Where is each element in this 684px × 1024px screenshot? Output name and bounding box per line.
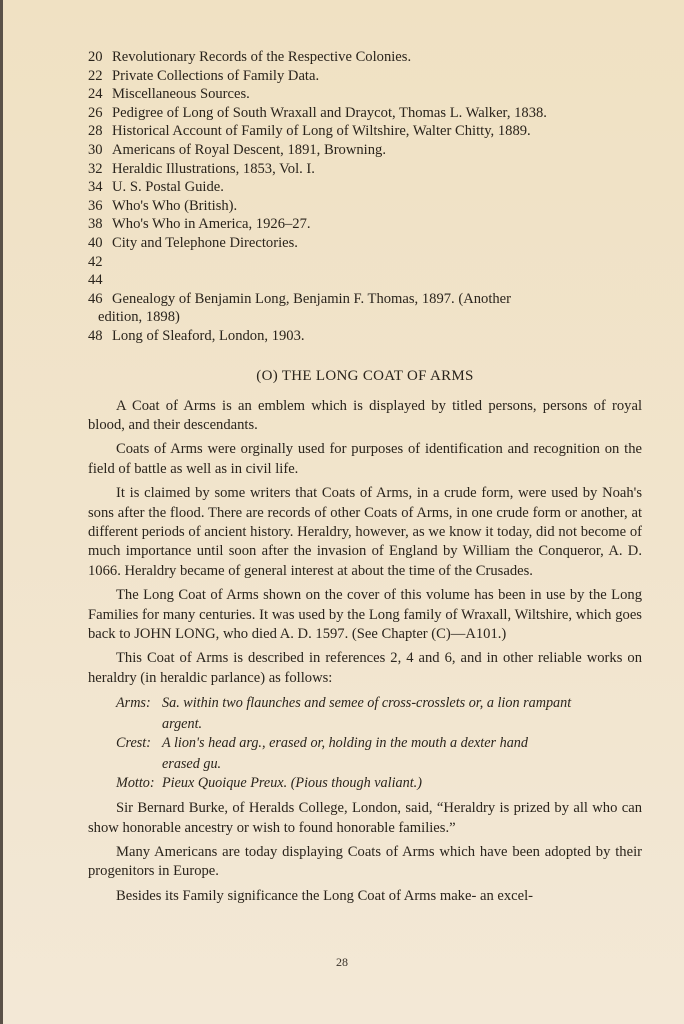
- reference-text: Genealogy of Benjamin Long, Benjamin F. …: [112, 290, 642, 309]
- blazon-text: A lion's head arg., erased or, holding i…: [162, 734, 642, 753]
- paragraph: This Coat of Arms is described in refere…: [88, 649, 642, 688]
- blazon-label: Crest:: [116, 734, 162, 753]
- reference-text: Americans of Royal Descent, 1891, Browni…: [112, 141, 642, 160]
- reference-text: Who's Who in America, 1926–27.: [112, 215, 642, 234]
- blazon-text: Pieux Quoique Preux. (Pious though valia…: [162, 774, 642, 793]
- reference-item: 30 Americans of Royal Descent, 1891, Bro…: [88, 141, 642, 160]
- reference-number: 22: [88, 67, 112, 86]
- paragraph: Sir Bernard Burke, of Heralds College, L…: [88, 799, 642, 838]
- reference-item: 42: [88, 253, 642, 272]
- paragraph: It is claimed by some writers that Coats…: [88, 484, 642, 581]
- paragraph: The Long Coat of Arms shown on the cover…: [88, 586, 642, 644]
- reference-number: 32: [88, 160, 112, 179]
- reference-number: 36: [88, 197, 112, 216]
- reference-item: 44: [88, 271, 642, 290]
- reference-number: 28: [88, 122, 112, 141]
- paragraph: Coats of Arms were orginally used for pu…: [88, 440, 642, 479]
- blazon-crest: Crest: A lion's head arg., erased or, ho…: [116, 734, 642, 753]
- blazon-block: Arms: Sa. within two flaunches and semee…: [116, 694, 642, 793]
- reference-item: 24 Miscellaneous Sources.: [88, 85, 642, 104]
- paragraph: Besides its Family significance the Long…: [88, 887, 642, 906]
- page-content: 20 Revolutionary Records of the Respecti…: [88, 48, 642, 911]
- reference-item: 38 Who's Who in America, 1926–27.: [88, 215, 642, 234]
- reference-item: 22 Private Collections of Family Data.: [88, 67, 642, 86]
- reference-text: Revolutionary Records of the Respective …: [112, 48, 642, 67]
- reference-text: Private Collections of Family Data.: [112, 67, 642, 86]
- blazon-label: Motto:: [116, 774, 162, 793]
- reference-text: Long of Sleaford, London, 1903.: [112, 327, 642, 346]
- page-edge: [0, 0, 3, 1024]
- reference-item: 46 Genealogy of Benjamin Long, Benjamin …: [88, 290, 642, 309]
- reference-text: Miscellaneous Sources.: [112, 85, 642, 104]
- paragraph: A Coat of Arms is an emblem which is dis…: [88, 397, 642, 436]
- reference-text: City and Telephone Directories.: [112, 234, 642, 253]
- reference-item: 28 Historical Account of Family of Long …: [88, 122, 642, 141]
- reference-continuation: edition, 1898): [88, 308, 642, 327]
- reference-text: [112, 253, 642, 272]
- paragraph: Many Americans are today displaying Coat…: [88, 843, 642, 882]
- reference-list: 20 Revolutionary Records of the Respecti…: [88, 48, 642, 346]
- reference-number: 24: [88, 85, 112, 104]
- reference-number: 20: [88, 48, 112, 67]
- reference-number: 46: [88, 290, 112, 309]
- reference-number: 26: [88, 104, 112, 123]
- page-number: 28: [0, 955, 684, 970]
- reference-number: 34: [88, 178, 112, 197]
- reference-text: Pedigree of Long of South Wraxall and Dr…: [112, 104, 642, 123]
- reference-number: 38: [88, 215, 112, 234]
- reference-item: 40 City and Telephone Directories.: [88, 234, 642, 253]
- section-heading: (O) THE LONG COAT OF ARMS: [88, 368, 642, 385]
- reference-item: 32 Heraldic Illustrations, 1853, Vol. I.: [88, 160, 642, 179]
- reference-text: Who's Who (British).: [112, 197, 642, 216]
- blazon-continuation: erased gu.: [116, 755, 642, 774]
- reference-number: 42: [88, 253, 112, 272]
- reference-item: 26 Pedigree of Long of South Wraxall and…: [88, 104, 642, 123]
- reference-text: Historical Account of Family of Long of …: [112, 122, 642, 141]
- blazon-motto: Motto: Pieux Quoique Preux. (Pious thoug…: [116, 774, 642, 793]
- reference-text: U. S. Postal Guide.: [112, 178, 642, 197]
- reference-item: 48 Long of Sleaford, London, 1903.: [88, 327, 642, 346]
- reference-number: 40: [88, 234, 112, 253]
- reference-number: 48: [88, 327, 112, 346]
- reference-text: [112, 271, 642, 290]
- reference-item: 34 U. S. Postal Guide.: [88, 178, 642, 197]
- blazon-text: Sa. within two flaunches and semee of cr…: [162, 694, 642, 713]
- blazon-label: Arms:: [116, 694, 162, 713]
- book-page: 20 Revolutionary Records of the Respecti…: [0, 0, 684, 1024]
- blazon-arms: Arms: Sa. within two flaunches and semee…: [116, 694, 642, 713]
- blazon-continuation: argent.: [116, 715, 642, 734]
- reference-number: 44: [88, 271, 112, 290]
- reference-item: 20 Revolutionary Records of the Respecti…: [88, 48, 642, 67]
- reference-number: 30: [88, 141, 112, 160]
- reference-text: Heraldic Illustrations, 1853, Vol. I.: [112, 160, 642, 179]
- reference-item: 36 Who's Who (British).: [88, 197, 642, 216]
